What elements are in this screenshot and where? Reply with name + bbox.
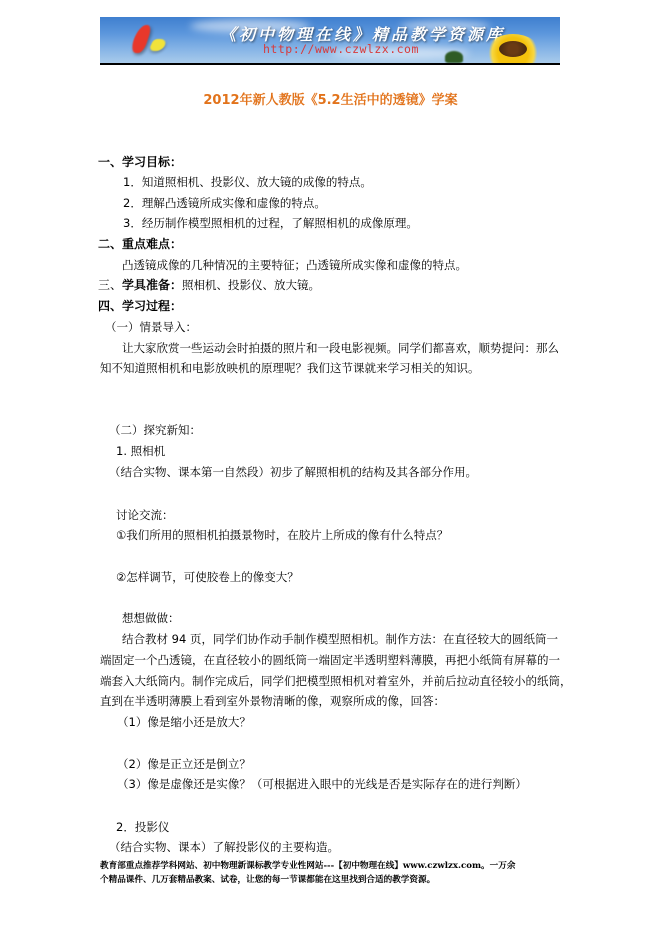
practice-question: （1）像是缩小还是放大？ [117,715,251,729]
discussion-question: ①我们所用的照相机拍摄景物时，在胶片上所成的像有什么特点？ [116,528,448,542]
section-tools: 三、学具准备：照相机、投影仪、放大镜。 [98,278,320,292]
camera-note: （结合实物、课本第一自然段）初步了解照相机的结构及其各部分作用。 [109,465,477,479]
practice-paragraph-line: 结合教材 94 页，同学们协作动手制作模型照相机。制作方法：在直径较大的圆纸筒一 [122,632,558,646]
tools-text: 照相机、投影仪、放大镜。 [182,278,320,292]
practice-paragraph-line: 端固定一个凸透镜，在直径较小的圆纸筒一端固定半透明塑料薄膜，再把小纸筒有屏幕的一 [100,653,560,667]
document-title: 2012年新人教版《5.2生活中的透镜》学案 [0,89,661,108]
intro-paragraph-line: 让大家欣赏一些运动会时拍摄的照片和一段电影视频。同学们都喜欢，顺势提问：那么 [122,341,559,355]
practice-heading: 想想做做： [122,611,180,625]
leaf-decoration [445,51,463,63]
section-number: 三、 [98,278,122,292]
document-page: 《初中物理在线》精品教学资源库 http://www.czwlzx.com 20… [0,0,661,935]
section-heading-goals: 一、学习目标： [98,155,182,169]
discussion-heading: 讨论交流： [116,508,174,522]
sunflower-icon [485,34,541,63]
goal-item: 2．理解凸透镜所成实像和虚像的特点。 [123,196,326,210]
practice-paragraph-line: 直到在半透明薄膜上看到室外景物清晰的像，观察所成的像，回答： [100,694,445,708]
intro-heading: （一）情景导入： [105,320,197,334]
logo-icon-accent [148,39,168,51]
practice-paragraph-line: 端套入大纸筒内。制作完成后，同学们把模型照相机对着室外，并前后拉动直径较小的纸筒… [100,674,572,688]
footer-line: 教育部重点推荐学科网站、初中物理新课标教学专业性网站---【初中物理在线】www… [100,860,515,872]
intro-paragraph-line: 知不知道照相机和电影放映机的原理呢？我们这节课就来学习相关的知识。 [100,361,480,375]
projector-heading: 2．投影仪 [116,820,169,834]
camera-heading: 1. 照相机 [116,444,165,458]
goal-item: 1．知道照相机、投影仪、放大镜的成像的特点。 [123,175,372,189]
explore-heading: （二）探究新知： [109,423,201,437]
projector-note: （结合实物、课本）了解投影仪的主要构造。 [109,840,339,854]
practice-question: （3）像是虚像还是实像？（可根据进入眼中的光线是否是实际存在的进行判断） [117,777,527,791]
practice-question: （2）像是正立还是倒立？ [117,757,251,771]
goal-item: 3．经历制作模型照相机的过程，了解照相机的成像原理。 [123,216,418,230]
section-heading-process: 四、学习过程： [98,299,182,313]
footer-line: 个精品课件、几万套精品教案、试卷，让您的每一节课都能在这里找到合适的教学资源。 [100,874,435,886]
key-points-text: 凸透镜成像的几种情况的主要特征；凸透镜所成实像和虚像的特点。 [122,258,467,272]
site-banner[interactable]: 《初中物理在线》精品教学资源库 http://www.czwlzx.com [100,17,560,63]
discussion-question: ②怎样调节，可使胶卷上的像变大？ [116,570,299,584]
section-heading-tools: 学具准备： [122,278,182,292]
header-divider [100,63,560,65]
banner-url-link[interactable]: http://www.czwlzx.com [263,42,419,56]
section-heading-key-points: 二、重点难点： [98,237,182,251]
